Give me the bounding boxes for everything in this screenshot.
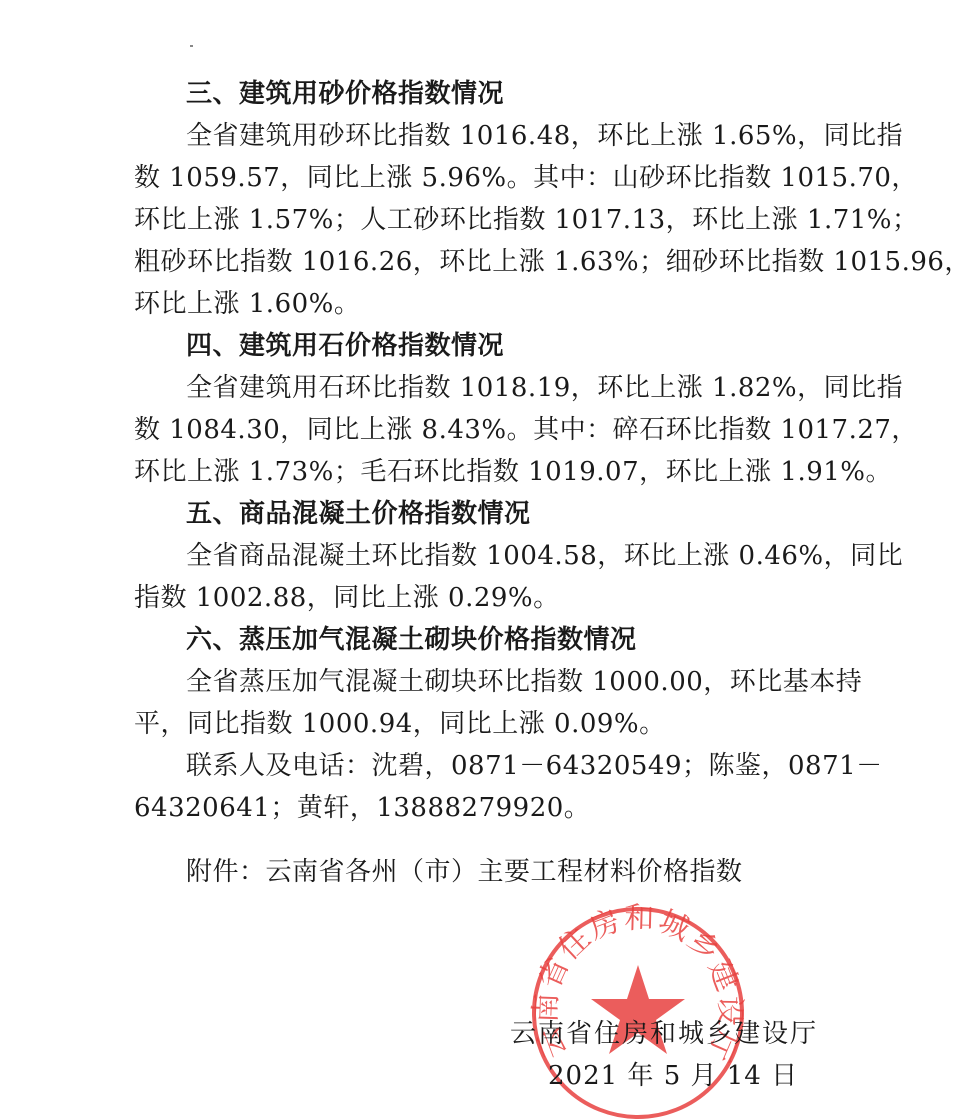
- section-sand-line-3: 环比上涨 1.57%；人工砂环比指数 1017.13，环比上涨 1.71%；: [134, 202, 842, 238]
- section-sand-line-1: 全省建筑用砂环比指数 1016.48，环比上涨 1.65%，同比指: [186, 118, 842, 154]
- section-heading-aac-block: 六、蒸压加气混凝土砌块价格指数情况: [186, 622, 637, 658]
- section-concrete-line-1: 全省商品混凝土环比指数 1004.58，环比上涨 0.46%，同比: [186, 538, 842, 574]
- contact-line-1: 联系人及电话：沈碧，0871－64320549；陈鉴，0871－: [186, 748, 842, 784]
- section-sand-line-4: 粗砂环比指数 1016.26，环比上涨 1.63%；细砂环比指数 1015.96…: [134, 244, 842, 280]
- section-aac-block-line-2: 平，同比指数 1000.94，同比上涨 0.09%。: [134, 706, 666, 742]
- section-aac-block-line-1: 全省蒸压加气混凝土砌块环比指数 1000.00，环比基本持: [186, 664, 842, 700]
- contact-line-2: 64320641；黄轩，13888279920。: [134, 790, 590, 826]
- issue-date: 2021 年 5 月 14 日: [548, 1058, 798, 1094]
- section-concrete-line-2: 指数 1002.88，同比上涨 0.29%。: [134, 580, 560, 616]
- attachment-note: 附件：云南省各州（市）主要工程材料价格指数: [186, 854, 743, 890]
- section-sand-line-2: 数 1059.57，同比上涨 5.96%。其中：山砂环比指数 1015.70，: [134, 160, 842, 196]
- section-stone-line-1: 全省建筑用石环比指数 1018.19，环比上涨 1.82%，同比指: [186, 370, 842, 406]
- section-sand-line-5: 环比上涨 1.60%。: [134, 286, 360, 322]
- scan-speck: [190, 45, 193, 47]
- document-page: 三、建筑用砂价格指数情况 全省建筑用砂环比指数 1016.48，环比上涨 1.6…: [0, 0, 968, 1120]
- section-heading-stone: 四、建筑用石价格指数情况: [186, 328, 504, 364]
- section-stone-line-3: 环比上涨 1.73%；毛石环比指数 1019.07，环比上涨 1.91%。: [134, 454, 892, 490]
- issuing-organization: 云南省住房和城乡建设厅: [510, 1016, 818, 1052]
- section-stone-line-2: 数 1084.30，同比上涨 8.43%。其中：碎石环比指数 1017.27，: [134, 412, 830, 448]
- section-heading-sand: 三、建筑用砂价格指数情况: [186, 76, 504, 112]
- section-heading-concrete: 五、商品混凝土价格指数情况: [186, 496, 531, 532]
